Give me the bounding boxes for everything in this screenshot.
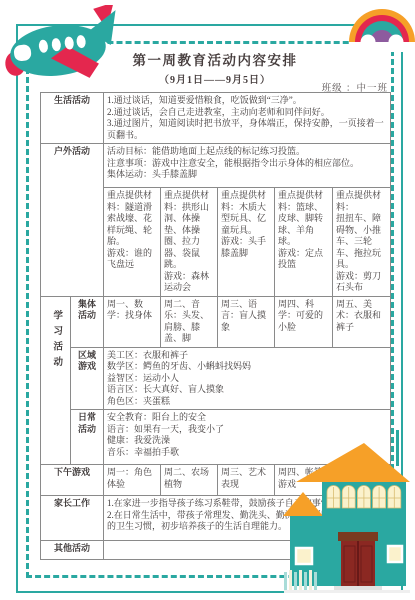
row-label-afternoon: 下午游戏 [41, 465, 104, 496]
row-label-daily: 日常活动 [71, 410, 104, 465]
afternoon-col-mon: 周一：角色体验 [104, 465, 161, 496]
row-label-collective: 集体活动 [71, 296, 104, 347]
house-icon [282, 428, 412, 594]
row-collective-activities: 学习活动 集体活动 周一、数学：找身体 周二、音乐：头发、肩膀、膝盖、脚 周三、… [41, 296, 391, 347]
row-life-activities: 生活活动 1.通过谈话，知道要爱惜粮食，吃饭做到“三净”。 2.通过谈话，会自己… [41, 93, 391, 144]
weekly-plan-sheet: 第一周教育活动内容安排 （9月1日——9月5日） 班级 ：中一班 生活活动 1.… [0, 0, 415, 600]
regional-content: 美工区：衣服和裤子 数学区：鳄鱼的牙齿、小蝌蚪找妈妈 益智区：运动小人 语言区：… [104, 347, 391, 410]
collective-col-thu: 周四、科学：可爱的小脸 [275, 296, 333, 347]
collective-col-tue: 周二、音乐：头发、肩膀、膝盖、脚 [161, 296, 218, 347]
parachute-icon [349, 0, 415, 52]
life-content: 1.通过谈话，知道要爱惜粮食，吃饭做到“三净”。 2.通过谈话，会自己走进教室，… [104, 93, 391, 144]
afternoon-col-wed: 周三、艺术表现 [218, 465, 275, 496]
learning-vertical-label: 学习活动 [50, 310, 62, 372]
afternoon-col-tue: 周二、农场植物 [161, 465, 218, 496]
collective-col-mon: 周一、数学：找身体 [104, 296, 161, 347]
collective-col-wed: 周三、语言：盲人摸象 [218, 296, 275, 347]
outdoor-intro: 活动目标：能借助地面上起点线的标记练习投篮。 注意事项：游戏中注意安全，能根据指… [104, 144, 391, 188]
row-label-outdoor: 户外活动 [41, 144, 104, 297]
outdoor-col-mon: 重点提供材料：隧道滑索战壕、花样玩绳、轮胎。 游戏：谁的飞盘远 [104, 188, 161, 297]
row-label-other: 其他活动 [41, 541, 104, 560]
collective-col-fri: 周五、美术：衣服和裤子 [333, 296, 391, 347]
row-label-regional: 区域游戏 [71, 347, 104, 410]
row-label-parents: 家长工作 [41, 496, 104, 541]
outdoor-col-thu: 重点提供材料：篮球、皮球、脚转球、羊角球。 游戏：定点投篮 [275, 188, 333, 297]
row-label-life: 生活活动 [41, 93, 104, 144]
row-outdoor-intro: 户外活动 活动目标：能借助地面上起点线的标记练习投篮。 注意事项：游戏中注意安全… [41, 144, 391, 188]
outdoor-col-tue: 重点提供材料：拱形山洞、体操垫、体操圈、拉力器、袋鼠跳。 游戏：森林运动会 [161, 188, 218, 297]
airplane-icon [0, 5, 128, 87]
outdoor-col-wed: 重点提供材料：木质大型玩具、亿童玩具。 游戏：头手膝盖脚 [218, 188, 275, 297]
outdoor-col-fri: 重点提供材料： 扭扭车、障碍物、小推车、三轮车、拖拉玩具。 游戏：剪刀石头布 [333, 188, 391, 297]
row-label-learning: 学习活动 [41, 296, 71, 465]
row-regional-games: 区域游戏 美工区：衣服和裤子 数学区：鳄鱼的牙齿、小蝌蚪找妈妈 益智区：运动小人… [41, 347, 391, 410]
